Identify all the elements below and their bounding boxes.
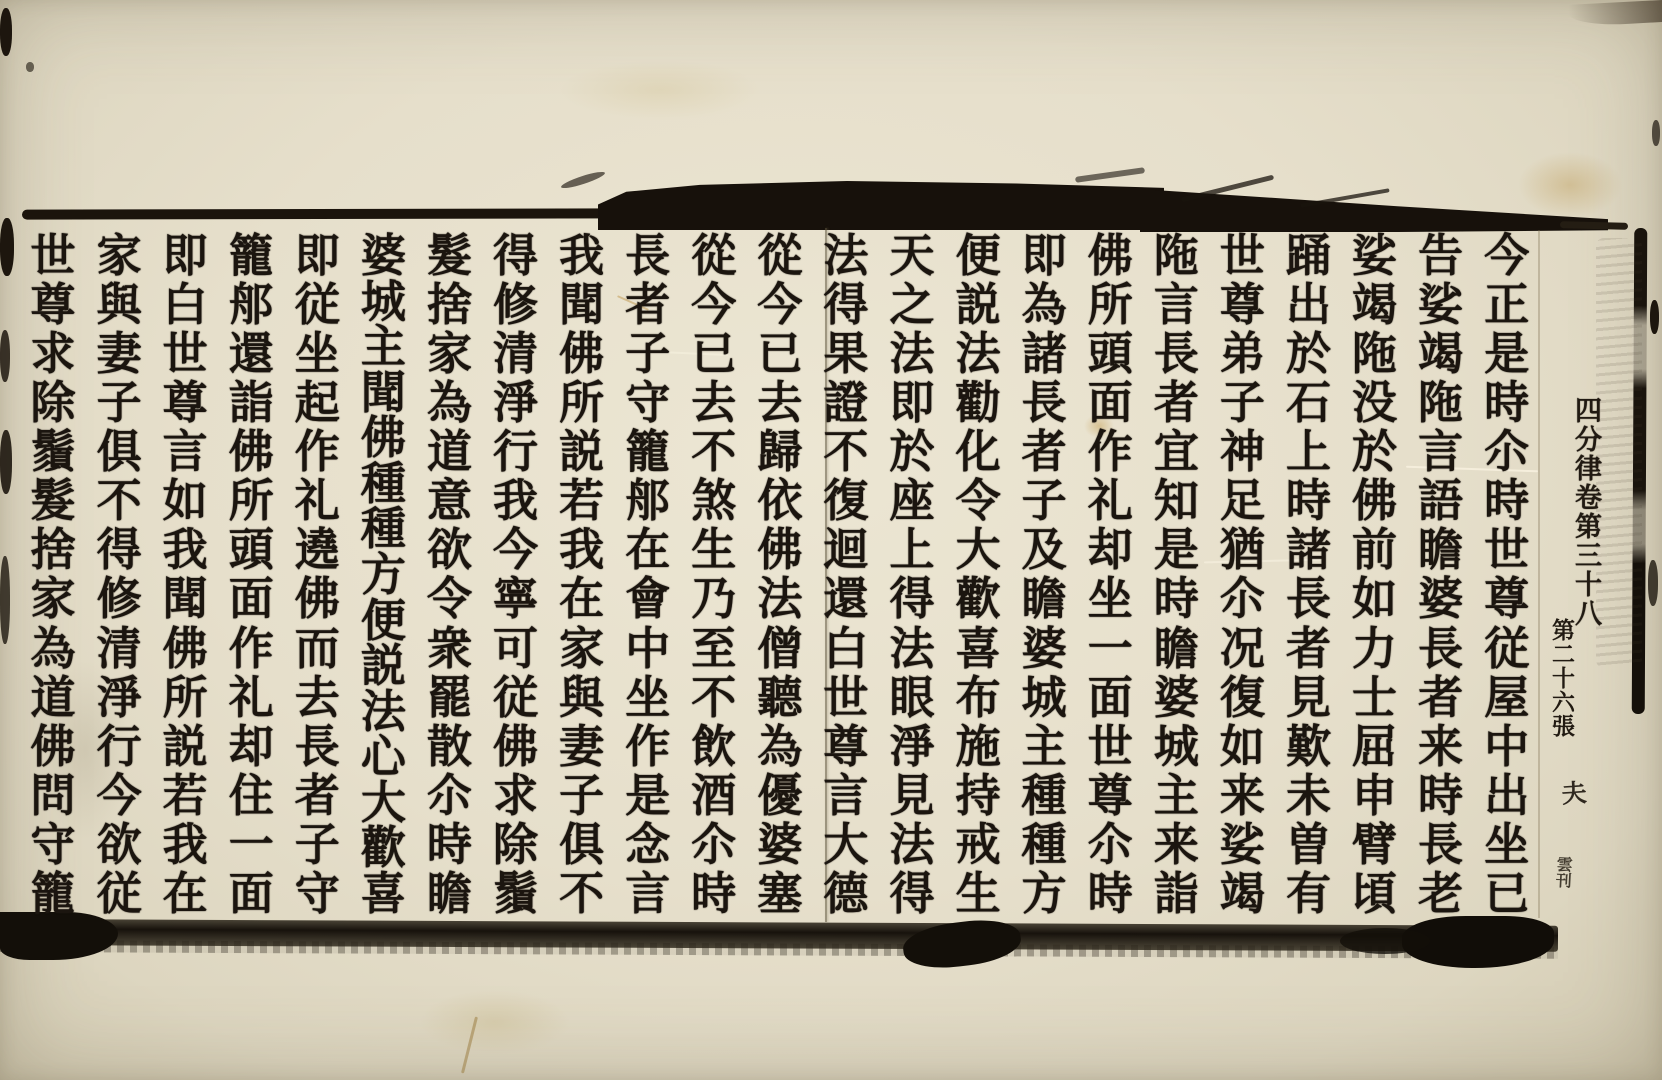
glyph: 知	[1154, 478, 1199, 523]
glyph: 郍	[229, 282, 274, 327]
glyph: 遶	[295, 527, 340, 572]
glyph: 従	[97, 871, 142, 916]
text-column-14: 長者子守籠郍在會中坐作是念言	[623, 233, 673, 916]
glyph: 化	[956, 429, 1001, 474]
glyph: 還	[229, 331, 274, 376]
glyph: 踊	[1286, 233, 1331, 278]
glyph: 時	[1088, 871, 1133, 916]
ink-speck	[26, 62, 34, 72]
glyph: 子	[97, 380, 142, 425]
glyph: 德	[823, 871, 868, 916]
glyph: 我	[163, 822, 208, 867]
glyph: 為	[1022, 282, 1067, 327]
glyph: 見	[890, 773, 935, 818]
glyph: 坐	[1484, 822, 1529, 867]
glyph: 長	[1418, 822, 1463, 867]
glyph: 頃	[1352, 871, 1397, 916]
glyph: 乃	[691, 576, 736, 621]
glyph: 子	[625, 331, 670, 376]
glyph: 鬚	[493, 871, 538, 916]
glyph: 佛	[1088, 233, 1133, 278]
glyph: 罷	[427, 675, 472, 720]
glyph: 寧	[493, 576, 538, 621]
glyph: 便	[361, 598, 406, 643]
text-column-11: 法得果證不復迴還白世尊言大德	[821, 233, 871, 916]
glyph: 作	[295, 429, 340, 474]
glyph: 没	[1352, 380, 1397, 425]
glyph: 弟	[1220, 331, 1265, 376]
glyph: 為	[757, 724, 802, 769]
ink-speck	[1650, 300, 1659, 334]
sheet-edge-line	[1538, 230, 1540, 918]
glyph: 還	[823, 576, 868, 621]
ink-blob	[1340, 928, 1430, 954]
glyph: 法	[890, 822, 935, 867]
glyph: 座	[890, 478, 935, 523]
glyph: 籠	[30, 871, 75, 916]
glyph: 尊	[1484, 576, 1529, 621]
glyph: 尒	[691, 822, 736, 867]
glyph: 勸	[956, 380, 1001, 425]
frame-top-border	[22, 208, 622, 219]
glyph: 主	[1154, 773, 1199, 818]
glyph: 籠	[625, 429, 670, 474]
glyph: 求	[493, 773, 538, 818]
glyph: 従	[295, 282, 340, 327]
glyph: 優	[757, 773, 802, 818]
glyph: 長	[1154, 331, 1199, 376]
glyph: 家	[97, 233, 142, 278]
ink-speck	[0, 8, 12, 56]
glyph: 髮	[30, 478, 75, 523]
glyph: 説	[956, 282, 1001, 327]
glyph: 在	[163, 871, 208, 916]
frame-top-brush-band	[598, 181, 1164, 230]
glyph: 従	[1484, 626, 1529, 671]
glyph: 已	[691, 331, 736, 376]
glyph: 時	[1286, 478, 1331, 523]
glyph: 迴	[823, 527, 868, 572]
glyph: 今	[691, 282, 736, 327]
glyph: 聞	[163, 576, 208, 621]
glyph: 得	[823, 282, 868, 327]
glyph: 捨	[427, 282, 472, 327]
glyph: 果	[823, 331, 868, 376]
glyph: 守	[295, 871, 340, 916]
glyph: 上	[1286, 429, 1331, 474]
scanned-page: 今正是時尒時世尊従屋中出坐已告娑竭陁言語瞻婆長者来時長老娑竭陁没於佛前如力士屈申…	[0, 0, 1662, 1080]
glyph: 城	[1154, 724, 1199, 769]
glyph: 方	[1022, 871, 1067, 916]
glyph: 一	[229, 822, 274, 867]
glyph: 守	[30, 822, 75, 867]
glyph: 屋	[1484, 675, 1529, 720]
text-column-20: 籠郍還詣佛所頭面作礼却住一面	[226, 233, 276, 916]
glyph: 法	[956, 331, 1001, 376]
glyph: 復	[823, 478, 868, 523]
glyph: 有	[1286, 871, 1331, 916]
glyph: 從	[691, 233, 736, 278]
glyph: 瞻	[1022, 576, 1067, 621]
text-column-22: 家與妻子俱不得修清淨行今欲従	[94, 233, 144, 916]
glyph: 聽	[757, 675, 802, 720]
glyph: 礼	[1088, 478, 1133, 523]
glyph: 老	[1418, 871, 1463, 916]
glyph: 即	[890, 380, 935, 425]
glyph: 瞻	[1418, 527, 1463, 572]
glyph: 佛	[30, 724, 75, 769]
glyph: 出	[1286, 282, 1331, 327]
glyph: 修	[97, 576, 142, 621]
glyph: 會	[625, 576, 670, 621]
glyph: 屈	[1352, 724, 1397, 769]
glyph: 娑	[1220, 822, 1265, 867]
glyph: 歡	[956, 576, 1001, 621]
glyph: 種	[1022, 822, 1067, 867]
glyph: 清	[493, 331, 538, 376]
glyph: 妻	[559, 724, 604, 769]
glyph: 来	[1418, 724, 1463, 769]
glyph: 作	[625, 724, 670, 769]
glyph: 力	[1352, 626, 1397, 671]
glyph: 竭	[1220, 871, 1265, 916]
glyph: 守	[625, 380, 670, 425]
glyph: 所	[1088, 282, 1133, 327]
glyph: 詣	[229, 380, 274, 425]
glyph: 問	[30, 773, 75, 818]
glyph: 未	[1286, 773, 1331, 818]
glyph: 至	[691, 626, 736, 671]
glyph: 佛	[295, 576, 340, 621]
glyph: 時	[1484, 478, 1529, 523]
glyph: 尒	[1484, 429, 1529, 474]
glyph: 足	[1220, 478, 1265, 523]
glyph: 時	[1154, 576, 1199, 621]
glyph: 者	[295, 773, 340, 818]
glyph: 尊	[823, 724, 868, 769]
glyph: 来	[1220, 773, 1265, 818]
glyph: 長	[1286, 576, 1331, 621]
glyph: 子	[1022, 478, 1067, 523]
glyph: 去	[757, 380, 802, 425]
glyph: 生	[691, 527, 736, 572]
glyph: 天	[890, 233, 935, 278]
glyph: 不	[559, 871, 604, 916]
glyph: 道	[427, 429, 472, 474]
text-column-12: 從今已去歸依佛法僧聽為優婆塞	[755, 233, 805, 916]
text-column-16: 得修清淨行我今寧可従佛求除鬚	[491, 233, 541, 916]
glyph: 欲	[427, 527, 472, 572]
glyph: 長	[1022, 380, 1067, 425]
glyph: 住	[229, 773, 274, 818]
glyph: 證	[823, 380, 868, 425]
glyph: 俱	[97, 429, 142, 474]
glyph: 竭	[1352, 282, 1397, 327]
glyph: 行	[493, 429, 538, 474]
glyph: 神	[1220, 429, 1265, 474]
glyph: 法	[757, 576, 802, 621]
glyph: 頭	[1088, 331, 1133, 376]
glyph: 佛	[229, 429, 274, 474]
glyph: 不	[691, 429, 736, 474]
glyph: 求	[30, 331, 75, 376]
glyph: 去	[691, 380, 736, 425]
glyph: 種	[361, 461, 406, 506]
glyph: 令	[956, 478, 1001, 523]
glyph: 臂	[1352, 822, 1397, 867]
glyph: 頭	[229, 527, 274, 572]
glyph: 如	[163, 478, 208, 523]
glyph: 子	[559, 773, 604, 818]
glyph: 中	[625, 626, 670, 671]
glyph: 面	[1088, 380, 1133, 425]
glyph: 大	[823, 822, 868, 867]
glyph: 者	[1286, 626, 1331, 671]
glyph: 於	[1352, 429, 1397, 474]
glyph: 是	[1154, 527, 1199, 572]
glyph: 心	[361, 734, 406, 779]
glyph: 佛	[163, 626, 208, 671]
glyph: 告	[1418, 233, 1463, 278]
glyph: 白	[163, 282, 208, 327]
glyph: 尒	[427, 773, 472, 818]
glyph: 俱	[559, 822, 604, 867]
text-column-13: 從今已去不煞生乃至不飲酒尒時	[689, 233, 739, 916]
glyph: 復	[1220, 675, 1265, 720]
glyph: 在	[625, 527, 670, 572]
glyph: 如	[1352, 576, 1397, 621]
glyph: 起	[295, 380, 340, 425]
glyph: 方	[361, 552, 406, 597]
glyph: 法	[823, 233, 868, 278]
glyph: 申	[1352, 773, 1397, 818]
glyph: 眼	[890, 675, 935, 720]
glyph: 從	[757, 233, 802, 278]
glyph: 法	[890, 626, 935, 671]
glyph: 衆	[427, 626, 472, 671]
glyph: 世	[823, 675, 868, 720]
glyph: 佛	[493, 724, 538, 769]
glyph: 今	[1484, 233, 1529, 278]
glyph: 與	[97, 282, 142, 327]
glyph: 娑	[1352, 233, 1397, 278]
glyph: 陁	[1154, 233, 1199, 278]
glyph: 淨	[493, 380, 538, 425]
glyph: 法	[361, 689, 406, 734]
glyph: 家	[30, 576, 75, 621]
glyph: 娑	[1418, 282, 1463, 327]
glyph: 世	[30, 233, 75, 278]
glyph: 布	[956, 675, 1001, 720]
glyph: 者	[1418, 675, 1463, 720]
text-column-1: 今正是時尒時世尊従屋中出坐已	[1482, 233, 1532, 916]
glyph: 今	[757, 282, 802, 327]
glyph: 已	[757, 331, 802, 376]
margin-mark-small: 雲刊	[1549, 855, 1575, 916]
glyph: 婆	[1154, 675, 1199, 720]
text-column-21: 即白世尊言如我聞佛所説若我在	[160, 233, 210, 916]
glyph: 諸	[1022, 331, 1067, 376]
glyph: 陁	[1352, 331, 1397, 376]
glyph: 行	[97, 724, 142, 769]
glyph: 歎	[1286, 724, 1331, 769]
glyph: 與	[559, 675, 604, 720]
glyph: 在	[559, 576, 604, 621]
glyph: 時	[427, 822, 472, 867]
glyph: 念	[625, 822, 670, 867]
glyph: 生	[956, 871, 1001, 916]
glyph: 説	[361, 643, 406, 688]
glyph: 礼	[295, 478, 340, 523]
glyph: 面	[229, 871, 274, 916]
glyph: 家	[427, 331, 472, 376]
glyph: 而	[295, 626, 340, 671]
glyph: 長	[625, 233, 670, 278]
glyph: 不	[97, 478, 142, 523]
glyph: 酒	[691, 773, 736, 818]
glyph: 世	[1088, 724, 1133, 769]
glyph: 飲	[691, 724, 736, 769]
glyph: 子	[1220, 380, 1265, 425]
glyph: 諸	[1286, 527, 1331, 572]
glyph: 今	[97, 773, 142, 818]
glyph: 礼	[229, 675, 274, 720]
glyph: 尊	[1088, 773, 1133, 818]
glyph: 如	[1220, 724, 1265, 769]
glyph: 可	[493, 626, 538, 671]
glyph: 得	[493, 233, 538, 278]
text-column-9: 便説法勸化令大歡喜布施持戒生	[953, 233, 1003, 916]
glyph: 言	[823, 773, 868, 818]
glyph: 是	[1484, 331, 1529, 376]
glyph: 世	[163, 331, 208, 376]
glyph: 一	[1088, 626, 1133, 671]
glyph: 者	[1154, 380, 1199, 425]
glyph: 塞	[757, 871, 802, 916]
glyph: 所	[229, 478, 274, 523]
glyph: 散	[427, 724, 472, 769]
text-column-4: 踊出於石上時諸長者見歎未曽有	[1283, 233, 1333, 916]
glyph: 説	[163, 724, 208, 769]
glyph: 喜	[956, 626, 1001, 671]
glyph: 我	[559, 527, 604, 572]
glyph: 清	[97, 626, 142, 671]
glyph: 上	[890, 527, 935, 572]
glyph: 面	[1088, 675, 1133, 720]
glyph: 長	[295, 724, 340, 769]
glyph: 大	[361, 780, 406, 825]
glyph: 却	[229, 724, 274, 769]
glyph: 瞻	[427, 871, 472, 916]
glyph: 詣	[1154, 871, 1199, 916]
glyph: 及	[1022, 527, 1067, 572]
glyph: 我	[559, 233, 604, 278]
text-column-18: 婆城主聞佛種種方便説法心大歡喜	[358, 233, 408, 916]
glyph: 言	[625, 871, 670, 916]
volume-title: 四分律卷第三十八	[1566, 396, 1605, 648]
glyph: 尒	[1088, 822, 1133, 867]
glyph: 時	[691, 871, 736, 916]
glyph: 者	[625, 282, 670, 327]
glyph: 婆	[1418, 576, 1463, 621]
glyph: 得	[890, 871, 935, 916]
glyph: 曽	[1286, 822, 1331, 867]
glyph: 籠	[229, 233, 274, 278]
margin-mark-large: 夫	[1553, 779, 1591, 806]
glyph: 除	[30, 380, 75, 425]
glyph: 聞	[559, 282, 604, 327]
glyph: 時	[1418, 773, 1463, 818]
glyph: 尊	[30, 282, 75, 327]
glyph: 尊	[163, 380, 208, 425]
glyph: 出	[1484, 773, 1529, 818]
text-column-15: 我聞佛所説若我在家與妻子俱不	[557, 233, 607, 916]
glyph: 髮	[427, 233, 472, 278]
glyph: 法	[890, 331, 935, 376]
glyph: 瞻	[1154, 626, 1199, 671]
glyph: 見	[1286, 675, 1331, 720]
glyph: 施	[956, 724, 1001, 769]
ink-speck	[1652, 120, 1660, 146]
glyph: 道	[30, 675, 75, 720]
glyph: 説	[559, 429, 604, 474]
ink-speck	[0, 556, 10, 644]
glyph: 来	[1154, 822, 1199, 867]
glyph: 宜	[1154, 429, 1199, 474]
glyph: 子	[295, 822, 340, 867]
glyph: 佛	[757, 527, 802, 572]
glyph: 便	[956, 233, 1001, 278]
glyph: 陁	[1418, 380, 1463, 425]
glyph: 言	[1154, 282, 1199, 327]
glyph: 聞	[361, 370, 406, 415]
glyph: 若	[163, 773, 208, 818]
text-column-8: 即為諸長者子及瞻婆城主種種方	[1019, 233, 1069, 916]
text-column-17: 髮捨家為道意欲令衆罷散尒時瞻	[424, 233, 474, 916]
glyph: 作	[1088, 429, 1133, 474]
text-column-23: 世尊求除鬚髮捨家為道佛問守籠	[28, 233, 78, 916]
glyph: 言	[163, 429, 208, 474]
glyph: 竭	[1418, 331, 1463, 376]
glyph: 佛	[1352, 478, 1397, 523]
glyph: 欲	[97, 822, 142, 867]
text-block: 今正是時尒時世尊従屋中出坐已告娑竭陁言語瞻婆長者来時長老娑竭陁没於佛前如力士屈申…	[28, 233, 1532, 916]
glyph: 従	[493, 675, 538, 720]
glyph: 况	[1220, 626, 1265, 671]
glyph: 不	[823, 429, 868, 474]
glyph: 持	[956, 773, 1001, 818]
glyph: 言	[1418, 429, 1463, 474]
text-column-6: 陁言長者宜知是時瞻婆城主来詣	[1151, 233, 1201, 916]
glyph: 於	[1286, 331, 1331, 376]
glyph: 妻	[97, 331, 142, 376]
ink-speck	[1648, 560, 1658, 606]
glyph: 今	[493, 527, 538, 572]
glyph: 歸	[757, 429, 802, 474]
glyph: 種	[1022, 773, 1067, 818]
glyph: 石	[1286, 380, 1331, 425]
text-column-10: 天之法即於座上得法眼淨見法得	[887, 233, 937, 916]
glyph: 猶	[1220, 527, 1265, 572]
glyph: 捨	[30, 527, 75, 572]
glyph: 於	[890, 429, 935, 474]
text-column-19: 即従坐起作礼遶佛而去長者子守	[292, 233, 342, 916]
glyph: 面	[229, 576, 274, 621]
glyph: 世	[1484, 527, 1529, 572]
glyph: 者	[1022, 429, 1067, 474]
glyph: 得	[890, 576, 935, 621]
glyph: 婆	[1022, 626, 1067, 671]
